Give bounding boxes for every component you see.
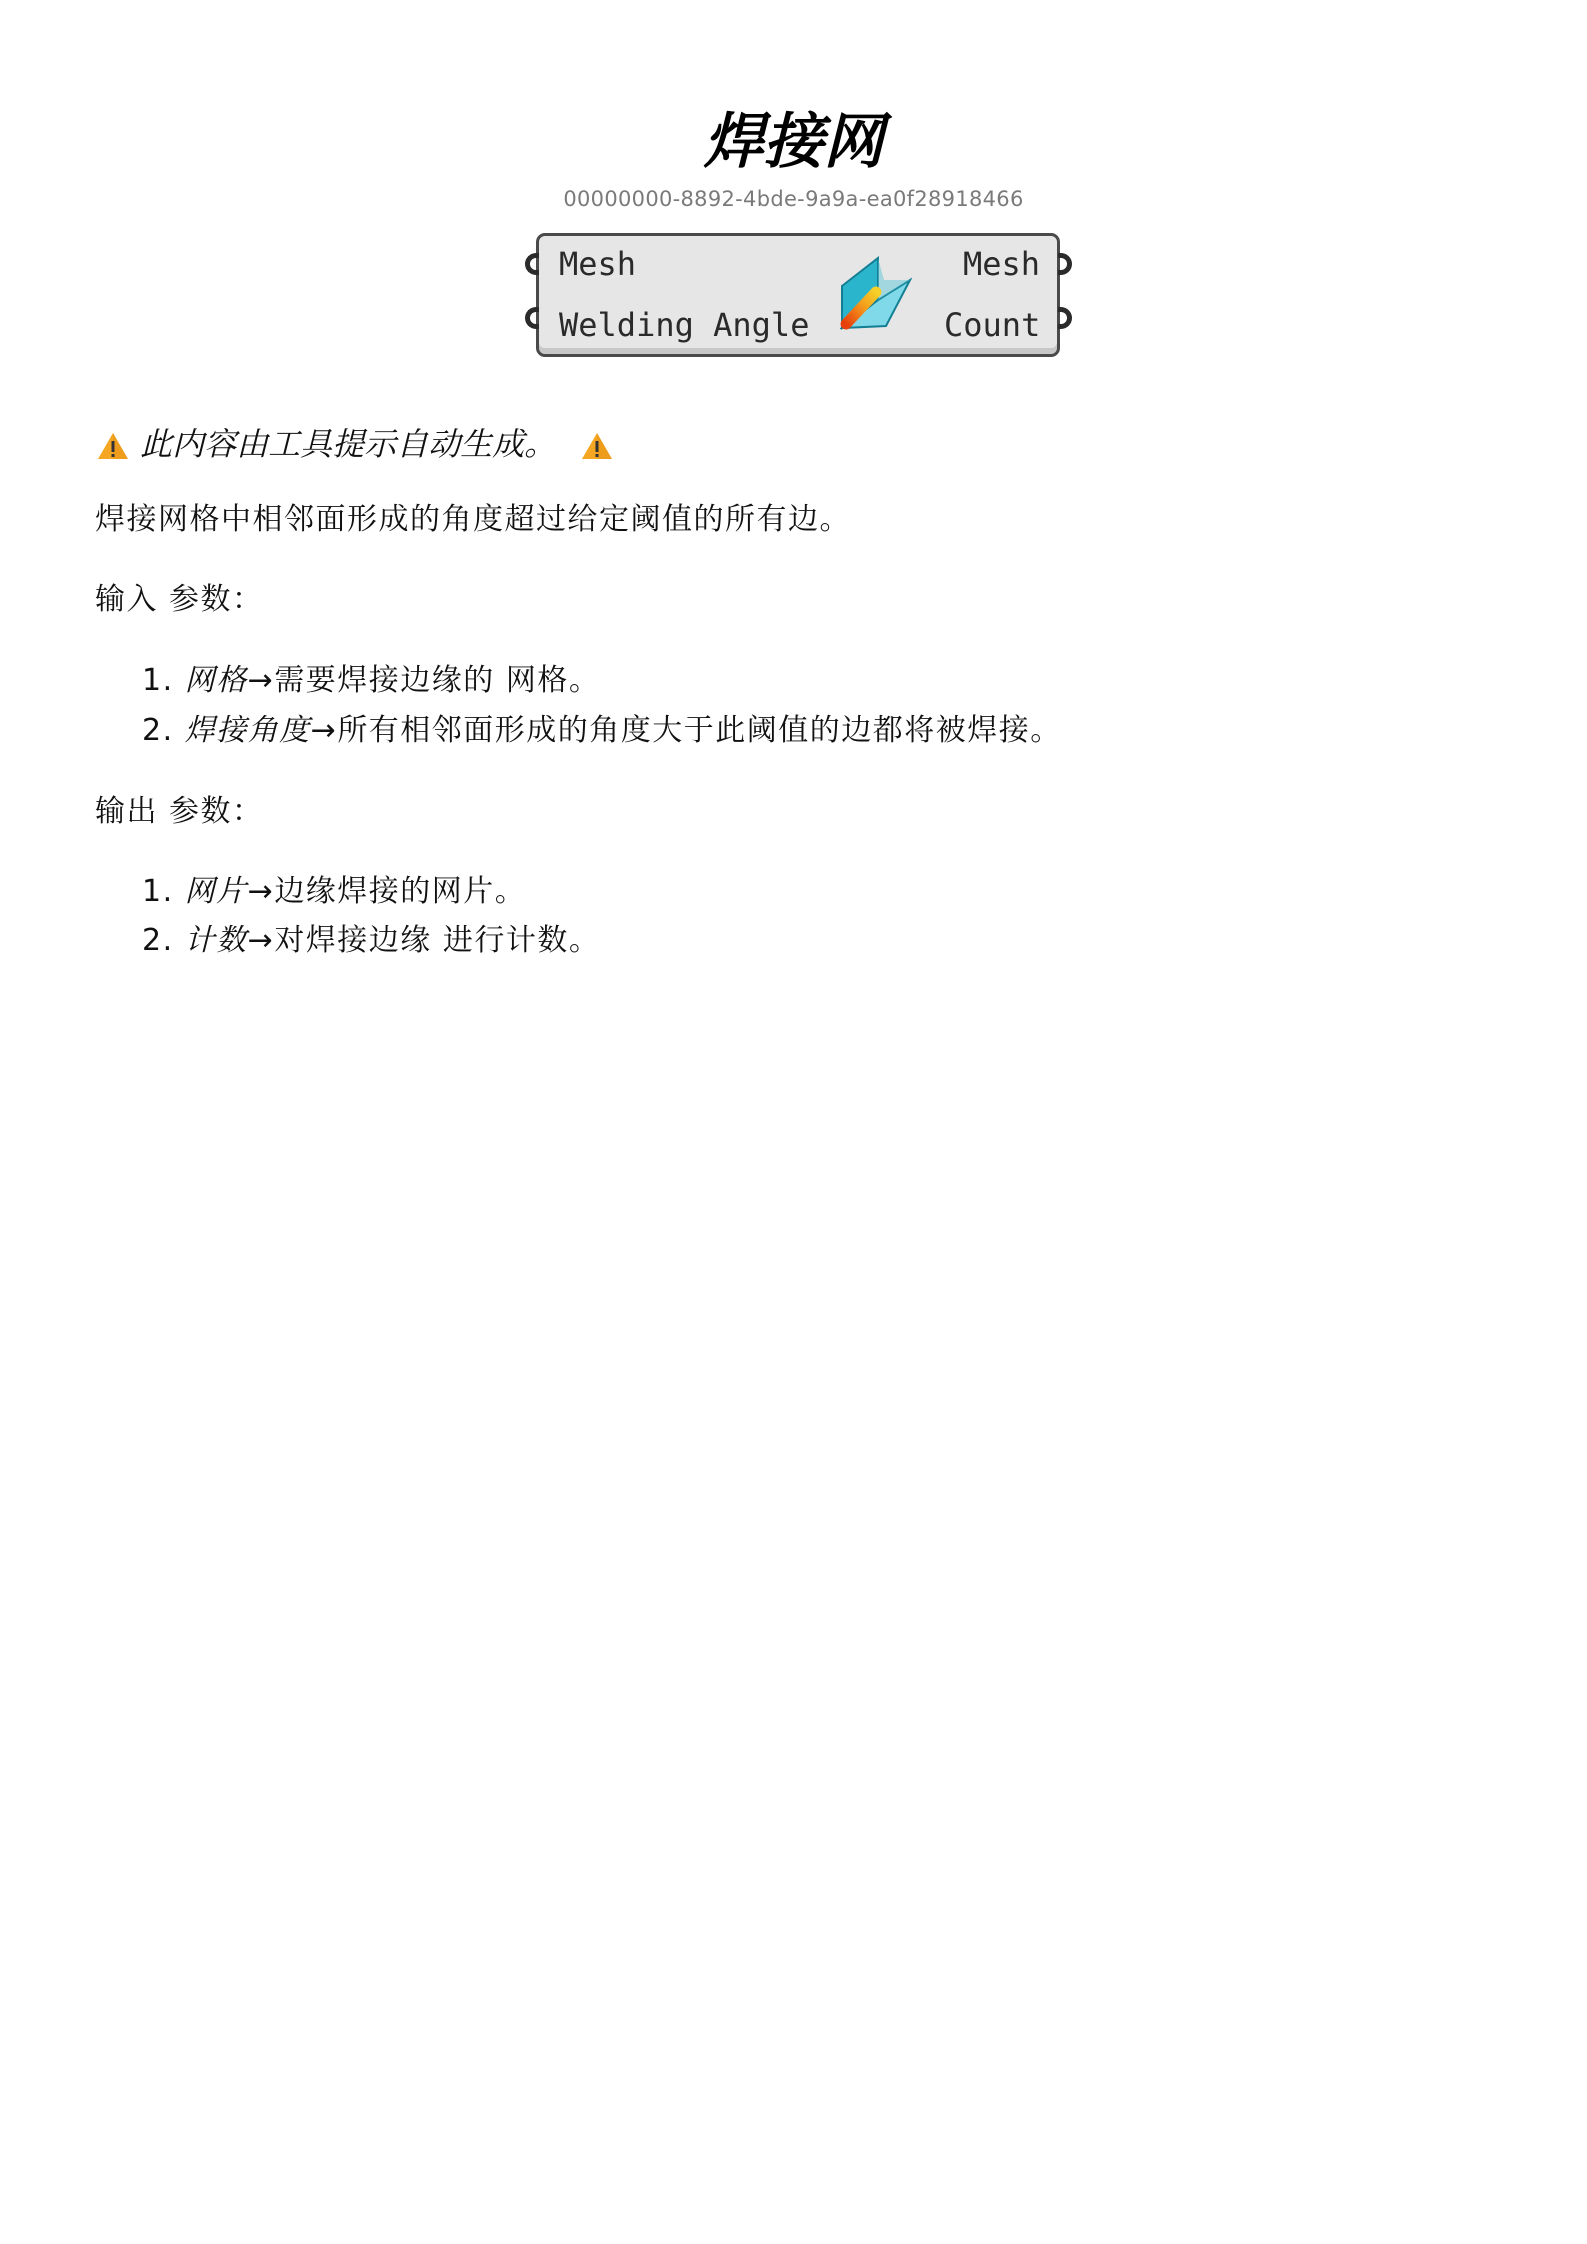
item-name: 焊接角度 xyxy=(185,713,311,748)
output-label-count: Count xyxy=(944,305,1040,345)
output-item: 2. 计数→对焊接边缘 进行计数。 xyxy=(142,921,600,961)
notice-text: 此内容由工具提示自动生成。 xyxy=(140,425,556,463)
outputs-heading: 输出 参数： xyxy=(95,792,264,832)
output-port-mesh[interactable] xyxy=(1058,253,1072,275)
item-number: 2. xyxy=(142,923,174,958)
item-desc: 对焊接边缘 进行计数。 xyxy=(274,923,600,958)
page-title: 焊接网 xyxy=(0,104,1587,180)
description: 焊接网格中相邻面形成的角度超过给定阈值的所有边。 xyxy=(95,500,851,540)
output-item: 1. 网片→边缘焊接的网片。 xyxy=(142,872,526,912)
inputs-heading: 输入 参数： xyxy=(95,580,264,620)
item-desc: 需要焊接边缘的 网格。 xyxy=(274,663,600,698)
input-item: 1. 网格→需要焊接边缘的 网格。 xyxy=(142,661,600,701)
item-name: 计数 xyxy=(185,923,248,958)
item-number: 2. xyxy=(142,713,174,748)
arrow: → xyxy=(248,663,275,698)
item-number: 1. xyxy=(142,874,174,909)
input-label-welding-angle: Welding Angle xyxy=(559,305,809,345)
input-item: 2. 焊接角度→所有相邻面形成的角度大于此阈值的边都将被焊接。 xyxy=(142,711,1062,751)
weld-mesh-icon xyxy=(840,256,912,330)
warning-icon xyxy=(96,425,130,463)
output-port-count[interactable] xyxy=(1058,307,1072,329)
arrow: → xyxy=(248,923,275,958)
auto-generated-notice: 此内容由工具提示自动生成。 xyxy=(96,424,614,458)
input-port-mesh[interactable] xyxy=(525,253,539,275)
item-desc: 所有相邻面形成的角度大于此阈值的边都将被焊接。 xyxy=(337,713,1062,748)
warning-icon xyxy=(580,425,614,463)
arrow: → xyxy=(311,713,338,748)
input-port-welding-angle[interactable] xyxy=(525,307,539,329)
component-guid: 00000000-8892-4bde-9a9a-ea0f28918466 xyxy=(0,184,1587,214)
item-desc: 边缘焊接的网片。 xyxy=(274,874,526,909)
input-label-mesh: Mesh xyxy=(559,244,636,284)
arrow: → xyxy=(248,874,275,909)
item-number: 1. xyxy=(142,663,174,698)
item-name: 网片 xyxy=(185,874,248,909)
output-label-mesh: Mesh xyxy=(963,244,1040,284)
item-name: 网格 xyxy=(185,663,248,698)
